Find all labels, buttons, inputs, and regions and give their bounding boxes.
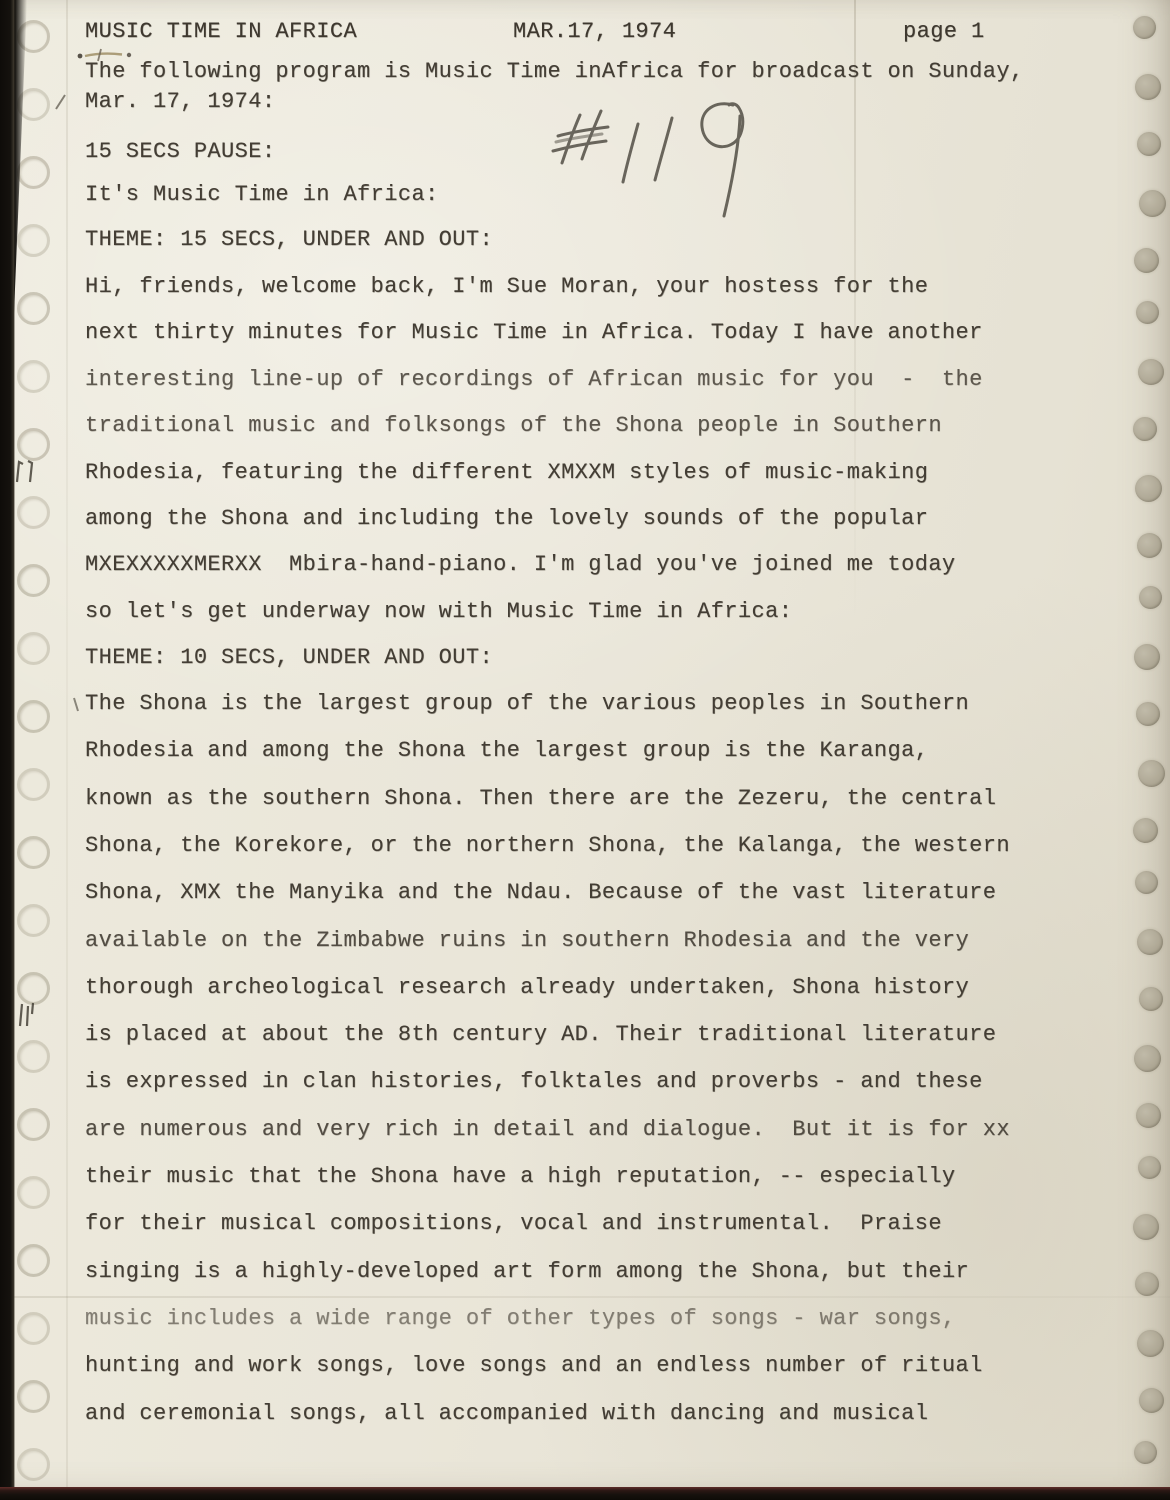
punch-hole-shadow-icon	[1139, 190, 1166, 217]
scanned-page: MUSIC TIME IN AFRICA MAR.17, 1974 page 1…	[0, 0, 1170, 1500]
punch-hole-shadow-icon	[1137, 929, 1163, 955]
punch-hole-icon	[17, 1108, 50, 1141]
script-line: known as the southern Shona. Then there …	[85, 787, 996, 811]
punch-hole-icon	[17, 1312, 50, 1345]
punch-hole-icon	[17, 700, 50, 733]
handwritten-episode-number: #119	[540, 92, 790, 242]
page-number: page 1	[903, 20, 985, 44]
punch-hole-icon	[17, 1380, 50, 1413]
intro-line: Mar. 17, 1974:	[85, 90, 275, 114]
punch-hole-shadow-icon	[1135, 475, 1162, 502]
script-line: hunting and work songs, love songs and a…	[85, 1354, 983, 1378]
punch-hole-shadow-icon	[1134, 644, 1160, 670]
punch-hole-shadow-icon	[1139, 987, 1163, 1011]
script-line-labeled: It's Music Time in Africa:	[85, 183, 439, 207]
handwritten-119-strokes	[540, 92, 790, 242]
paper-crease	[0, 1296, 1170, 1298]
punch-hole-icon	[17, 428, 50, 461]
script-line: and ceremonial songs, all accompanied wi…	[85, 1402, 928, 1426]
punch-hole-shadow-icon	[1135, 1272, 1159, 1296]
punch-hole-shadow-icon	[1137, 533, 1162, 558]
paper: MUSIC TIME IN AFRICA MAR.17, 1974 page 1…	[0, 0, 1170, 1500]
punch-hole-shadow-icon	[1133, 16, 1156, 39]
script-line: thorough archeological research already …	[85, 976, 969, 1000]
punch-hole-shadow-icon	[1134, 1441, 1157, 1464]
punch-hole-icon	[17, 632, 50, 665]
punch-hole-shadow-icon	[1133, 818, 1158, 843]
script-line: traditional music and folksongs of the S…	[85, 414, 942, 438]
document-date: MAR.17, 1974	[513, 20, 676, 44]
punch-hole-shadow-icon	[1134, 248, 1159, 273]
scan-edge	[0, 1487, 1170, 1500]
script-line-labeled: THEME: 10 SECS, UNDER AND OUT:	[85, 646, 493, 670]
pencil-tick-icon	[52, 92, 68, 112]
punch-hole-shadow-icon	[1133, 417, 1157, 441]
script-line: among the Shona and including the lovely…	[85, 507, 928, 531]
script-line: available on the Zimbabwe ruins in south…	[85, 929, 969, 953]
punch-hole-shadow-icon	[1136, 702, 1160, 726]
script-line: Rhodesia, featuring the different XMXXM …	[85, 461, 928, 485]
punch-hole-icon	[17, 768, 50, 801]
script-line: their music that the Shona have a high r…	[85, 1165, 956, 1189]
script-line: are numerous and very rich in detail and…	[85, 1118, 1010, 1142]
intro-line: The following program is Music Time inAf…	[85, 60, 1024, 84]
punch-hole-shadow-icon	[1139, 1388, 1164, 1413]
punch-hole-shadow-icon	[1136, 1103, 1161, 1128]
script-line-labeled: The Shona is the largest group of the va…	[85, 692, 969, 716]
punch-hole-icon	[17, 360, 50, 393]
script-line-labeled: Hi, friends, welcome back, I'm Sue Moran…	[85, 275, 928, 299]
punch-hole-icon	[17, 1244, 50, 1277]
script-line: 15 SECS PAUSE:	[85, 140, 275, 164]
punch-hole-shadow-icon	[1138, 359, 1164, 385]
punch-hole-icon	[17, 1040, 50, 1073]
punch-hole-icon	[17, 496, 50, 529]
script-line-labeled: THEME: 15 SECS, UNDER AND OUT:	[85, 228, 493, 252]
script-line: Shona, the Korekore, or the northern Sho…	[85, 834, 1010, 858]
scan-edge	[0, 0, 15, 1500]
punch-hole-shadow-icon	[1137, 1330, 1164, 1357]
script-line: next thirty minutes for Music Time in Af…	[85, 321, 983, 345]
script-line: interesting line-up of recordings of Afr…	[85, 368, 983, 392]
punch-hole-shadow-icon	[1134, 1045, 1161, 1072]
punch-hole-shadow-icon	[1135, 871, 1158, 894]
script-line: is placed at about the 8th century AD. T…	[85, 1023, 996, 1047]
script-line: MXEXXXXXMERXX Mbira-hand-piano. I'm glad…	[85, 553, 956, 577]
script-line: Rhodesia and among the Shona the largest…	[85, 739, 928, 763]
margin-mark-icon	[14, 458, 36, 484]
script-line: Shona, XMX the Manyika and the Ndau. Bec…	[85, 881, 996, 905]
punch-hole-icon	[17, 156, 50, 189]
punch-hole-shadow-icon	[1133, 1214, 1159, 1240]
script-line: music includes a wide range of other typ…	[85, 1307, 956, 1331]
script-line: for their musical compositions, vocal an…	[85, 1212, 942, 1236]
punch-hole-shadow-icon	[1137, 132, 1161, 156]
punch-hole-icon	[17, 1448, 50, 1481]
punch-hole-icon	[17, 904, 50, 937]
punch-hole-icon	[17, 292, 50, 325]
punch-hole-shadow-icon	[1138, 760, 1165, 787]
margin-mark-icon	[16, 1000, 38, 1028]
pencil-tick-icon	[70, 696, 82, 714]
script-line: so let's get underway now with Music Tim…	[85, 600, 792, 624]
script-line: is expressed in clan histories, folktale…	[85, 1070, 983, 1094]
punch-hole-shadow-icon	[1138, 1156, 1161, 1179]
script-line: singing is a highly-developed art form a…	[85, 1260, 969, 1284]
punch-hole-icon	[17, 564, 50, 597]
punch-hole-icon	[17, 1176, 50, 1209]
document-title: MUSIC TIME IN AFRICA	[85, 20, 357, 44]
punch-hole-shadow-icon	[1135, 74, 1161, 100]
punch-hole-shadow-icon	[1139, 586, 1162, 609]
punch-hole-icon	[17, 224, 50, 257]
punch-hole-shadow-icon	[1136, 301, 1159, 324]
paper-crease	[66, 0, 68, 1500]
punch-hole-icon	[17, 836, 50, 869]
